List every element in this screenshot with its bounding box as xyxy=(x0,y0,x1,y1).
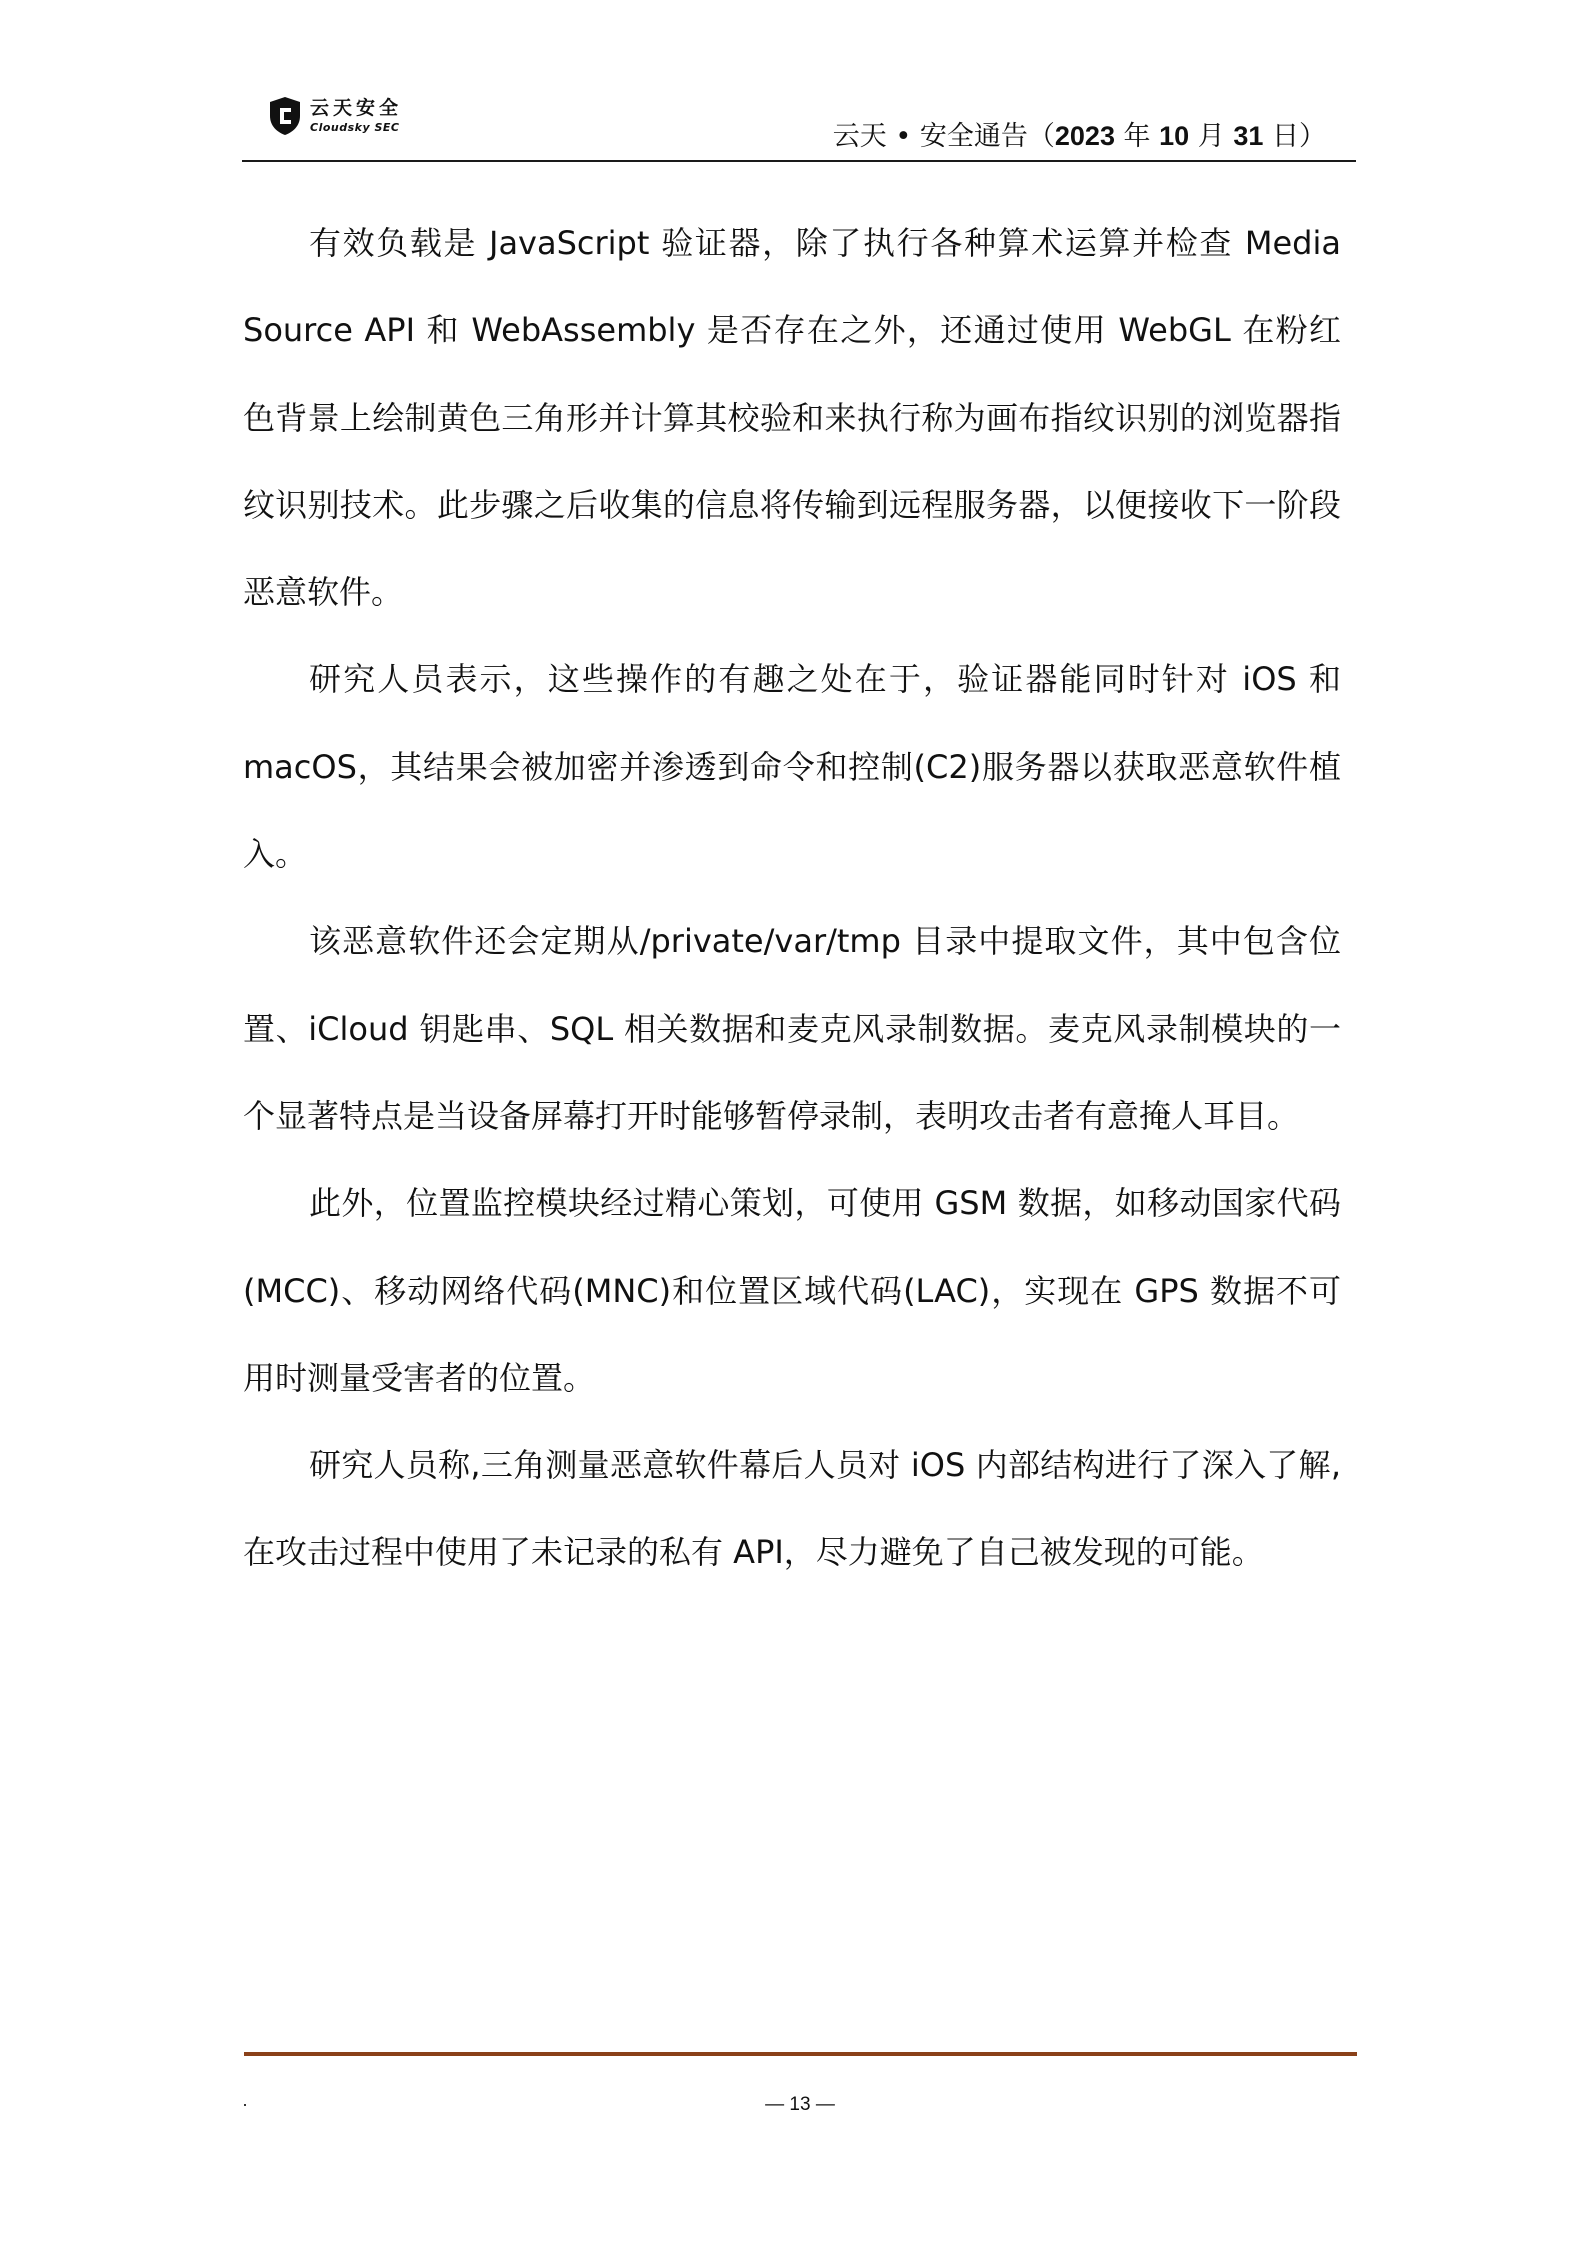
logo-name-cn: 云天安全 xyxy=(310,99,402,118)
paragraph: 研究人员表示，这些操作的有趣之处在于，验证器能同时针对 iOS 和 macOS，… xyxy=(243,636,1341,898)
paragraph: 此外，位置监控模块经过精心策划，可使用 GSM 数据，如移动国家代码(MCC)、… xyxy=(243,1160,1341,1422)
title-year-unit: 年 xyxy=(1115,121,1159,152)
header-divider xyxy=(242,160,1356,162)
title-year: 2023 xyxy=(1055,121,1115,151)
footer-divider xyxy=(244,2052,1357,2056)
document-body: 有效负载是 JavaScript 验证器，除了执行各种算术运算并检查 Media… xyxy=(243,200,1341,1597)
shield-c-logo-icon xyxy=(268,96,302,136)
logo-name-en: Cloudsky SEC xyxy=(310,122,402,133)
company-logo: 云天安全 Cloudsky SEC xyxy=(268,96,402,136)
title-prefix: 云天 • 安全通告（ xyxy=(833,121,1055,152)
title-day-unit: 日） xyxy=(1263,121,1326,152)
paragraph: 该恶意软件还会定期从/private/var/tmp 目录中提取文件，其中包含位… xyxy=(243,898,1341,1160)
page-number: — 13 — xyxy=(0,2094,1587,2116)
title-month-unit: 月 xyxy=(1189,121,1233,152)
title-day: 31 xyxy=(1233,121,1263,151)
bulletin-title: 云天 • 安全通告（2023 年 10 月 31 日） xyxy=(833,114,1326,153)
paragraph: 研究人员称,三角测量恶意软件幕后人员对 iOS 内部结构进行了深入了解,在攻击过… xyxy=(243,1422,1341,1597)
paragraph: 有效负载是 JavaScript 验证器，除了执行各种算术运算并检查 Media… xyxy=(243,200,1341,636)
page-header: 云天安全 Cloudsky SEC 云天 • 安全通告（2023 年 10 月 … xyxy=(242,88,1356,160)
title-month: 10 xyxy=(1159,121,1189,151)
